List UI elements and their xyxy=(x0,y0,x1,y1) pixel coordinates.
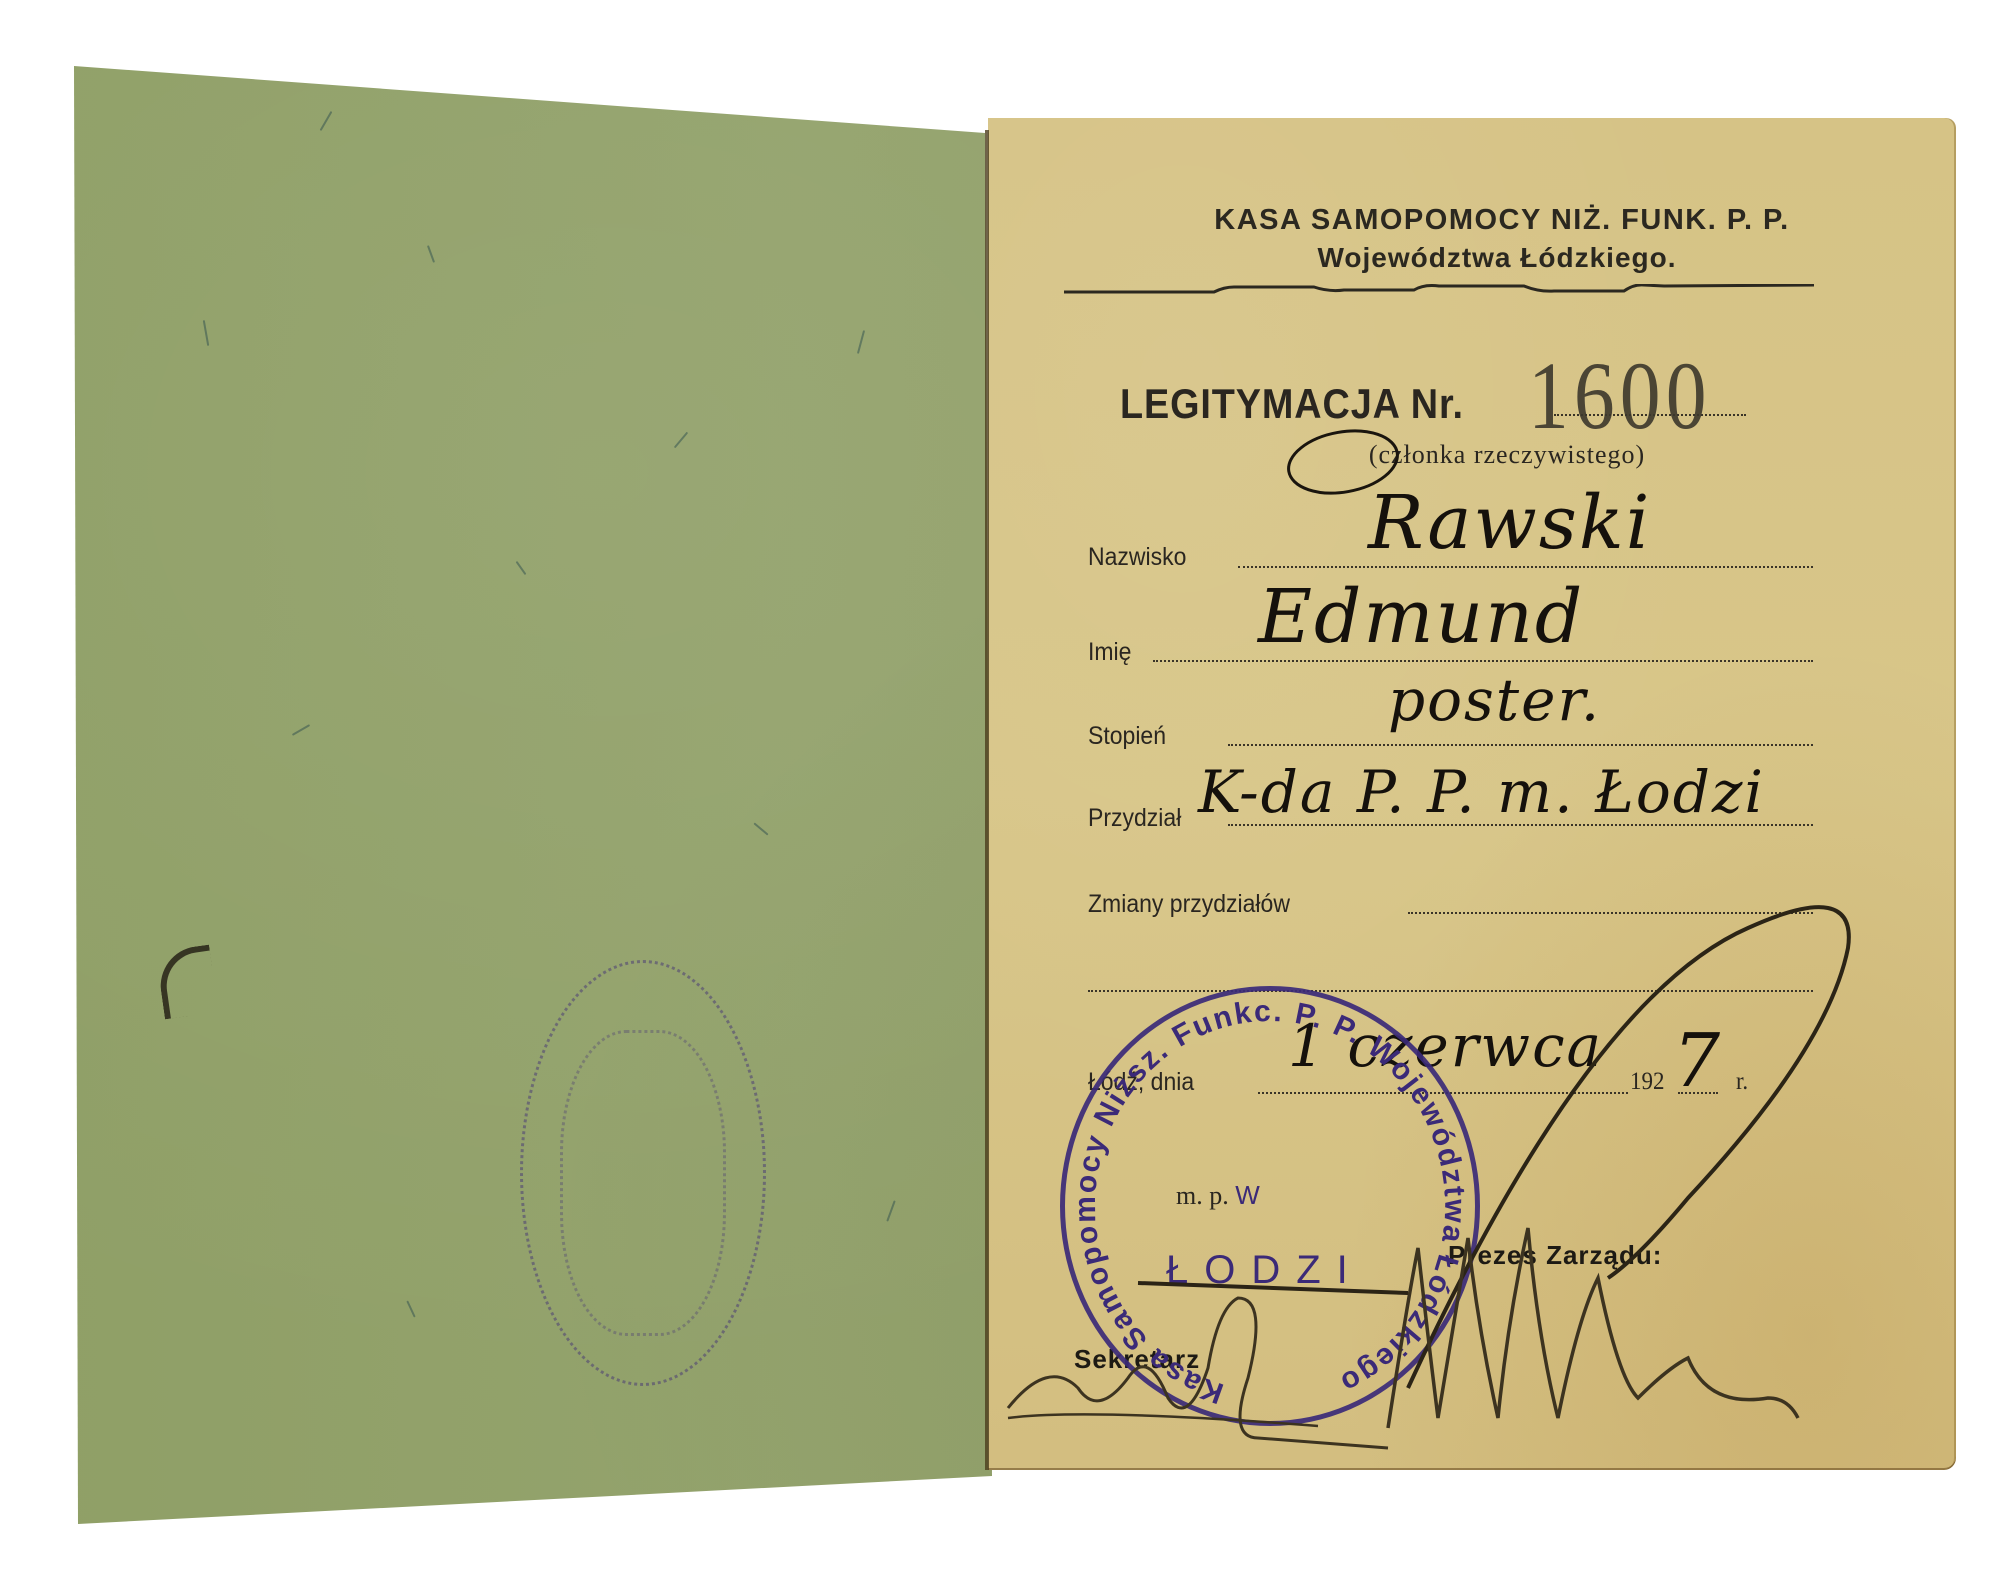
first-name-dotted-line xyxy=(1153,660,1813,662)
paper-fiber xyxy=(320,111,333,131)
assignment-value: K-da P. P. m. Łodzi xyxy=(1198,758,1765,826)
paper-fiber xyxy=(406,1300,415,1317)
stamp-mp-text: m. p. xyxy=(1176,1181,1229,1210)
document-number: 1600 xyxy=(1528,340,1712,451)
date-year-suffix: 7 xyxy=(1673,1018,1722,1104)
paper-fiber xyxy=(292,724,310,736)
surname-dotted-line xyxy=(1238,566,1813,568)
surname-value: Rawski xyxy=(1368,480,1651,566)
document-title: LEGITYMACJA Nr. xyxy=(1120,380,1464,428)
rank-value: poster. xyxy=(1388,666,1601,734)
right-inner-page: KASA SAMOPOMOCY NIŻ. FUNK. P. P. Wojewód… xyxy=(988,118,1956,1470)
field-label-surname: Nazwisko xyxy=(1088,543,1186,572)
date-year-prefix: 192 xyxy=(1630,1068,1665,1096)
field-label-first-name: Imię xyxy=(1088,638,1131,667)
paper-fiber xyxy=(857,330,865,354)
decorative-wavy-rule xyxy=(1064,284,1814,296)
paper-fiber xyxy=(674,432,688,449)
rank-dotted-line xyxy=(1228,744,1813,746)
date-year-unit: r. xyxy=(1736,1068,1748,1096)
booklet-spine xyxy=(985,130,989,1470)
stamp-ring-text: Kasa Samopomocy Niższ. Funkc. P. P. Woje… xyxy=(1060,986,1480,1426)
first-name-value: Edmund xyxy=(1258,574,1584,660)
organization-name: KASA SAMOPOMOCY NIŻ. FUNK. P. P. xyxy=(988,204,1956,237)
paper-fiber xyxy=(427,245,435,263)
field-label-rank: Stopień xyxy=(1088,722,1166,751)
faded-stamp-offset-inner xyxy=(560,1030,726,1336)
assignment-changes-dotted-line xyxy=(1408,912,1813,914)
paper-fiber xyxy=(516,561,527,575)
membership-type: (członka rzeczywistego) xyxy=(988,440,1956,470)
paper-fiber xyxy=(753,822,768,835)
paper-fiber xyxy=(203,320,209,346)
stamp-center-top: m. p. W xyxy=(1176,1180,1260,1211)
stamp-city: ŁODZI xyxy=(1166,1248,1364,1293)
stamp-w-text: W xyxy=(1235,1180,1260,1210)
field-label-assignment: Przydział xyxy=(1088,804,1181,833)
svg-text:Kasa Samopomocy Niższ. Funkc.: Kasa Samopomocy Niższ. Funkc. P. P. Woje… xyxy=(1069,995,1471,1410)
field-label-assignment-changes: Zmiany przydziałów xyxy=(1088,890,1290,919)
paper-fiber xyxy=(886,1200,895,1221)
president-label: Prezes Zarządu: xyxy=(1448,1240,1662,1271)
organization-region: Województwa Łódzkiego. xyxy=(988,242,1956,274)
